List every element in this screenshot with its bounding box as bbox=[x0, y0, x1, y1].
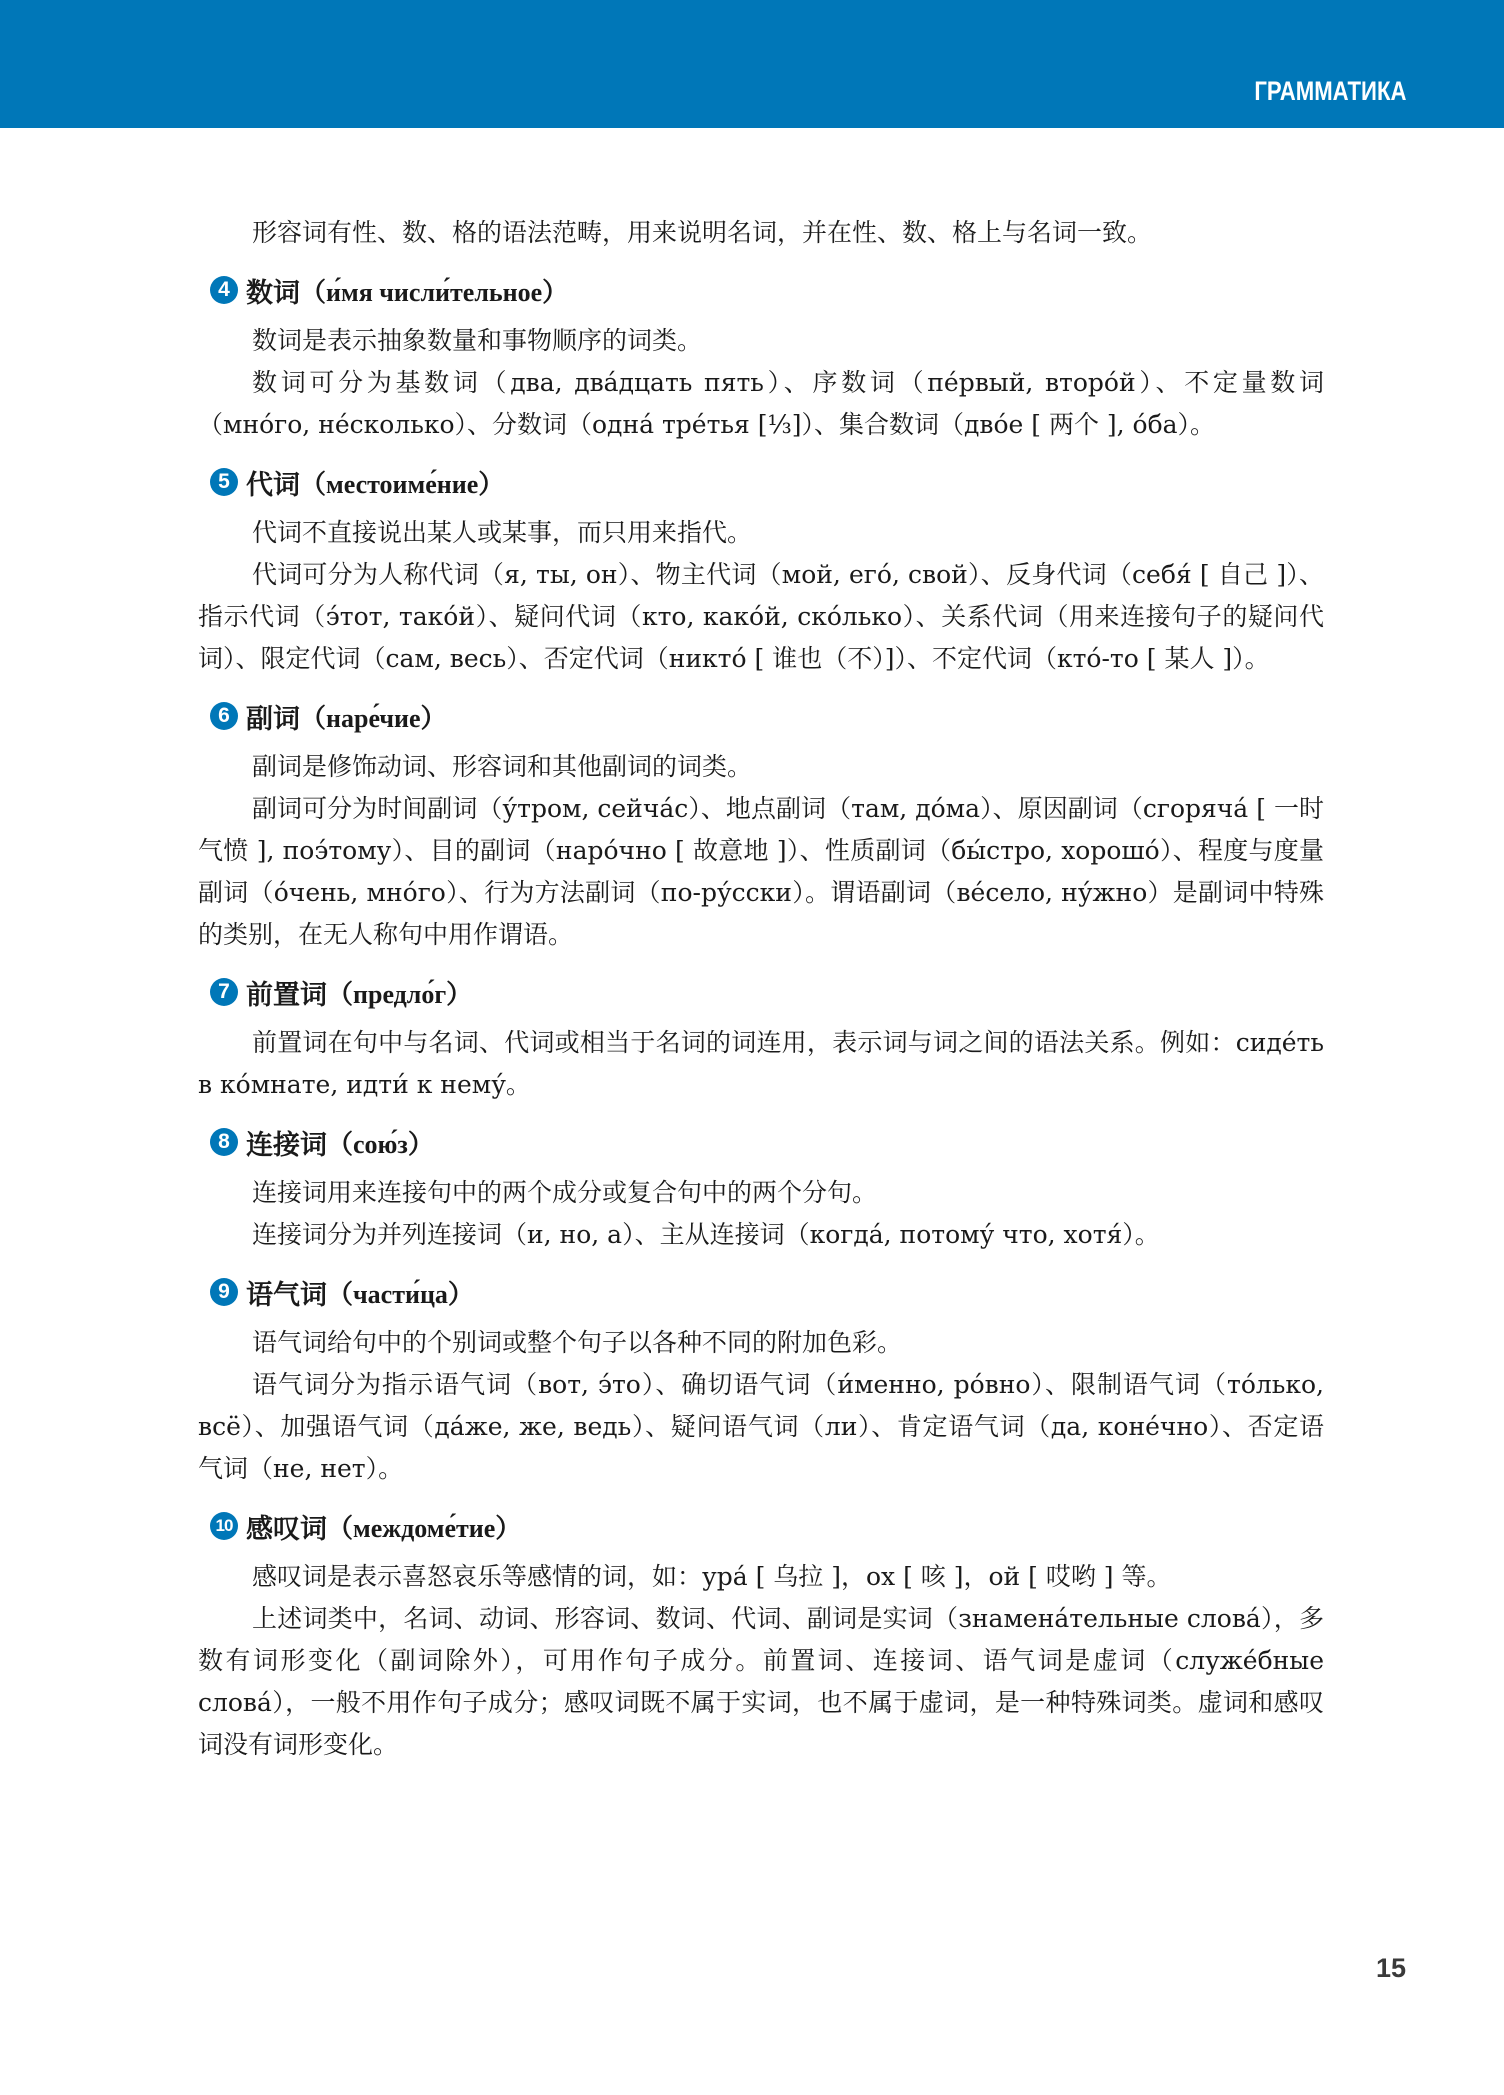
section-preposition: 7 前置词 （предло́г） 前置词在句中与名词、代词或相当于名词的词连用，… bbox=[198, 970, 1324, 1106]
heading-ru: （местоиме́ние） bbox=[300, 464, 504, 501]
section-pronoun: 5 代词 （местоиме́ние） 代词不直接说出某人或某事，而只用来指代。… bbox=[198, 460, 1324, 680]
section-adverb: 6 副词 （наре́чие） 副词是修饰动词、形容词和其他副词的词类。 副词可… bbox=[198, 694, 1324, 956]
heading-ru: （междоме́тие） bbox=[327, 1508, 521, 1545]
paragraph: 代词可分为人称代词（я, ты, он）、物主代词（мой, его́, сво… bbox=[198, 554, 1324, 680]
heading-ru: （предло́г） bbox=[327, 974, 472, 1011]
number-badge-icon: 10 bbox=[210, 1512, 238, 1540]
paragraph: 上述词类中，名词、动词、形容词、数词、代词、副词是实词（знамена́тель… bbox=[198, 1598, 1324, 1766]
heading-ru: （сою́з） bbox=[327, 1124, 434, 1161]
section-heading: 10 感叹词 （междоме́тие） bbox=[210, 1504, 1324, 1548]
section-numeral: 4 数词 （и́мя числи́тельное） 数词是表示抽象数量和事物顺序… bbox=[198, 268, 1324, 446]
section-conjunction: 8 连接词 （сою́з） 连接词用来连接句中的两个成分或复合句中的两个分句。 … bbox=[198, 1120, 1324, 1256]
heading-zh: 连接词 bbox=[246, 1123, 327, 1162]
heading-zh: 副词 bbox=[246, 697, 300, 736]
section-heading: 5 代词 （местоиме́ние） bbox=[210, 460, 1324, 504]
heading-zh: 语气词 bbox=[246, 1273, 327, 1312]
heading-zh: 前置词 bbox=[246, 973, 327, 1012]
heading-ru: （наре́чие） bbox=[300, 698, 447, 735]
number-badge-icon: 5 bbox=[210, 468, 238, 496]
paragraph: 语气词分为指示语气词（вот, э́то）、确切语气词（и́менно, ро́… bbox=[198, 1364, 1324, 1490]
heading-zh: 代词 bbox=[246, 463, 300, 502]
paragraph: 副词是修饰动词、形容词和其他副词的词类。 bbox=[198, 746, 1324, 788]
header-band: ГРАММАТИКА bbox=[0, 0, 1504, 128]
page-content: 形容词有性、数、格的语法范畴，用来说明名词，并在性、数、格上与名词一致。 4 数… bbox=[198, 212, 1324, 1766]
section-heading: 6 副词 （наре́чие） bbox=[210, 694, 1324, 738]
paragraph: 数词可分为基数词（два, два́дцать пять）、序数词（пе́рвы… bbox=[198, 362, 1324, 446]
number-badge-icon: 9 bbox=[210, 1278, 238, 1306]
section-interjection: 10 感叹词 （междоме́тие） 感叹词是表示喜怒哀乐等感情的词，如：у… bbox=[198, 1504, 1324, 1766]
paragraph: 代词不直接说出某人或某事，而只用来指代。 bbox=[198, 512, 1324, 554]
section-particle: 9 语气词 （части́ца） 语气词给句中的个别词或整个句子以各种不同的附加… bbox=[198, 1270, 1324, 1490]
page-number: 15 bbox=[1376, 1953, 1406, 1984]
paragraph: 前置词在句中与名词、代词或相当于名词的词连用，表示词与词之间的语法关系。例如：с… bbox=[198, 1022, 1324, 1106]
section-heading: 4 数词 （и́мя числи́тельное） bbox=[210, 268, 1324, 312]
paragraph: 数词是表示抽象数量和事物顺序的词类。 bbox=[198, 320, 1324, 362]
paragraph: 语气词给句中的个别词或整个句子以各种不同的附加色彩。 bbox=[198, 1322, 1324, 1364]
number-badge-icon: 8 bbox=[210, 1128, 238, 1156]
section-heading: 7 前置词 （предло́г） bbox=[210, 970, 1324, 1014]
paragraph: 连接词分为并列连接词（и, но, а）、主从连接词（когда́, потом… bbox=[198, 1214, 1324, 1256]
heading-ru: （и́мя числи́тельное） bbox=[300, 272, 568, 309]
paragraph: 连接词用来连接句中的两个成分或复合句中的两个分句。 bbox=[198, 1172, 1324, 1214]
section-heading: 9 语气词 （части́ца） bbox=[210, 1270, 1324, 1314]
section-heading: 8 连接词 （сою́з） bbox=[210, 1120, 1324, 1164]
heading-zh: 感叹词 bbox=[246, 1507, 327, 1546]
number-badge-icon: 6 bbox=[210, 702, 238, 730]
intro-paragraph: 形容词有性、数、格的语法范畴，用来说明名词，并在性、数、格上与名词一致。 bbox=[198, 212, 1324, 254]
heading-zh: 数词 bbox=[246, 271, 300, 310]
paragraph: 感叹词是表示喜怒哀乐等感情的词，如：ура́ [ 乌拉 ]，ох [ 咳 ]，о… bbox=[198, 1556, 1324, 1598]
section-title: ГРАММАТИКА bbox=[1254, 76, 1406, 107]
paragraph: 副词可分为时间副词（у́тром, сейча́с）、地点副词（там, до́… bbox=[198, 788, 1324, 956]
number-badge-icon: 7 bbox=[210, 978, 238, 1006]
heading-ru: （части́ца） bbox=[327, 1274, 474, 1311]
number-badge-icon: 4 bbox=[210, 276, 238, 304]
